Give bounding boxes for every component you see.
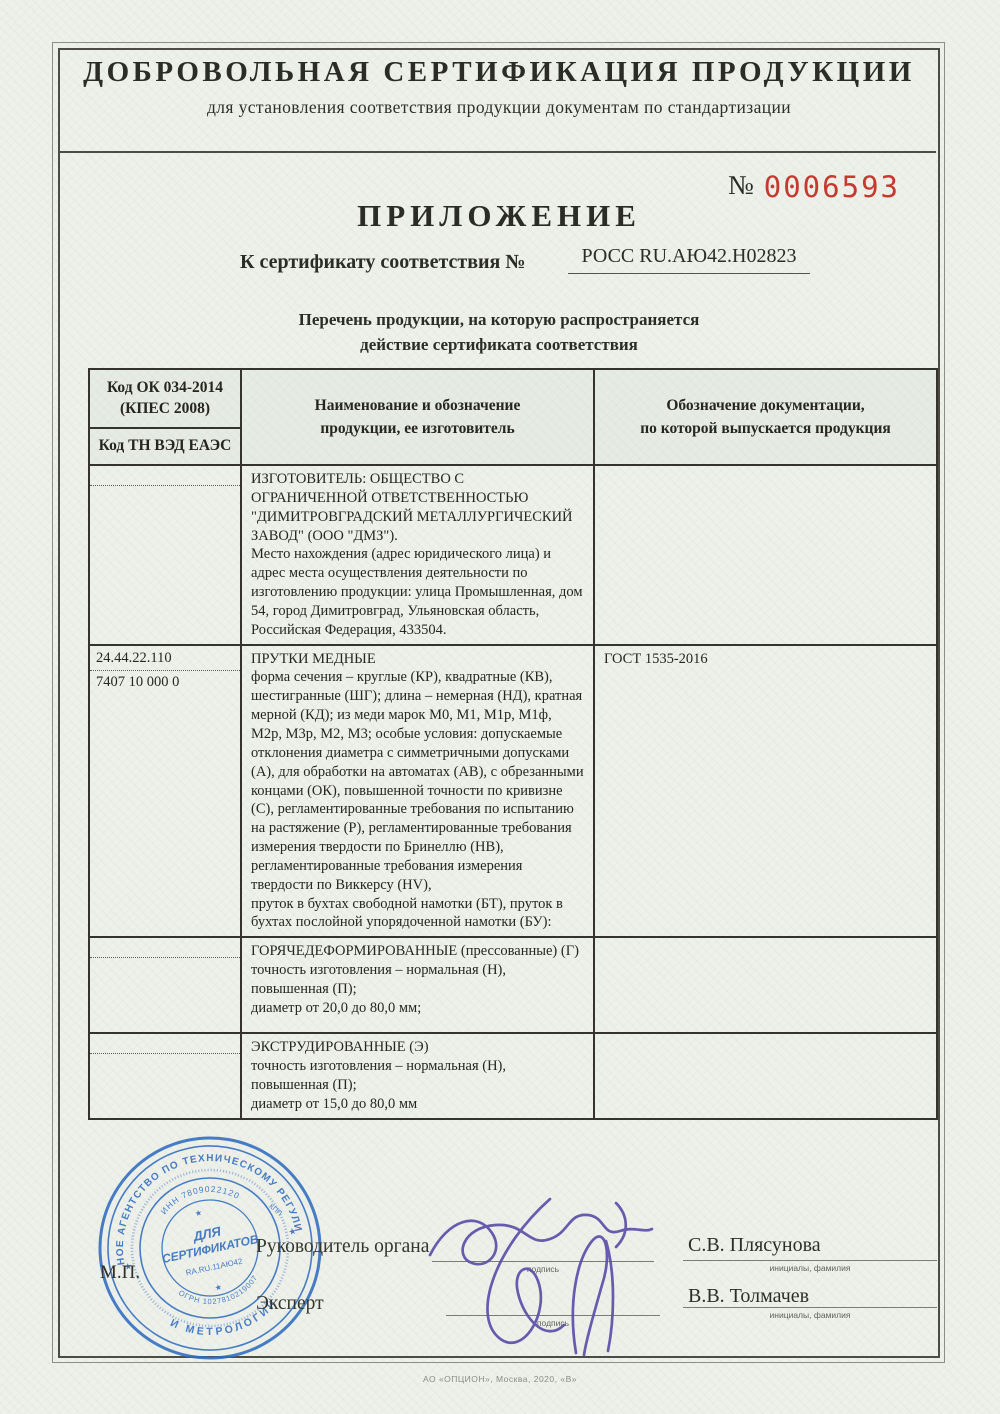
header-code-tnved: Код ТН ВЭД ЕАЭС xyxy=(90,429,240,464)
doc-gost: ГОСТ 1535-2016 xyxy=(594,645,937,938)
product-list-heading: Перечень продукции, на которую распростр… xyxy=(60,308,938,357)
stamp-ogrn-text: ОГРН 1027810219007 xyxy=(176,1272,264,1314)
manufacturer-text: ИЗГОТОВИТЕЛЬ: ОБЩЕСТВО С ОГРАНИЧЕННОЙ ОТ… xyxy=(251,470,584,640)
role-expert: Эксперт xyxy=(256,1293,324,1315)
variant-text: точность изготовления – нормальная (Н), … xyxy=(251,961,584,1018)
dotted-separator xyxy=(90,485,240,486)
code-cell xyxy=(89,1033,241,1118)
role-head-of-body: Руководитель органа xyxy=(256,1236,429,1258)
header-product-label: Наименование и обозначение продукции, ее… xyxy=(242,394,593,441)
name-caption: инициалы, фамилия xyxy=(683,1263,937,1273)
product-table: Код ОК 034-2014 (КПЕС 2008) Код ТН ВЭД Е… xyxy=(88,368,938,1120)
dotted-separator xyxy=(90,1053,240,1054)
dotted-separator xyxy=(90,670,240,671)
dotted-separator xyxy=(90,957,240,958)
header-code-ok: Код ОК 034-2014 (КПЕС 2008) xyxy=(90,370,240,429)
signatory-name: С.В. Плясунова xyxy=(688,1234,821,1257)
table-row-hot-deformed: ГОРЯЧЕДЕФОРМИРОВАННЫЕ (прессованные) (Г)… xyxy=(89,937,937,1033)
variant-title: ГОРЯЧЕДЕФОРМИРОВАННЫЕ (прессованные) (Г) xyxy=(251,942,584,961)
table-row-product: 24.44.22.110 7407 10 000 0 ПРУТКИ МЕДНЫЕ… xyxy=(89,645,937,938)
code-spacer xyxy=(96,1037,234,1050)
program-subtitle: для установления соответствия продукции … xyxy=(60,97,938,118)
star-icon: ★ xyxy=(194,1208,203,1218)
code-okpd: 24.44.22.110 xyxy=(96,649,234,668)
name-line xyxy=(683,1260,937,1261)
number-sign: № xyxy=(728,170,754,200)
code-cell xyxy=(89,465,241,645)
table-row-extruded: ЭКСТРУДИРОВАННЫЕ (Э) точность изготовлен… xyxy=(89,1033,937,1118)
appendix-title: ПРИЛОЖЕНИЕ xyxy=(60,198,938,234)
signature-scribble-icon xyxy=(400,1185,700,1375)
doc-cell xyxy=(594,465,937,645)
certificate-appendix-page: ДОБРОВОЛЬНАЯ СЕРТИФИКАЦИЯ ПРОДУКЦИИ для … xyxy=(0,0,1000,1414)
header-product-cell: Наименование и обозначение продукции, ее… xyxy=(241,369,594,465)
stamp-center-line3: RA.RU.11АЮ42 xyxy=(185,1257,244,1278)
header-docs-cell: Обозначение документации, по которой вып… xyxy=(594,369,937,465)
doc-cell xyxy=(594,937,937,1033)
cert-ref-label: К сертификату соответствия № xyxy=(240,251,525,274)
manufacturer-cell: ИЗГОТОВИТЕЛЬ: ОБЩЕСТВО С ОГРАНИЧЕННОЙ ОТ… xyxy=(241,465,594,645)
variant-title: ЭКСТРУДИРОВАННЫЕ (Э) xyxy=(251,1038,584,1057)
name-line xyxy=(683,1307,937,1308)
cert-ref-number: РОСС RU.АЮ42.Н02823 xyxy=(568,245,810,274)
product-text: форма сечения – круглые (КР), квадратные… xyxy=(251,668,584,932)
variant-cell: ГОРЯЧЕДЕФОРМИРОВАННЫЕ (прессованные) (Г)… xyxy=(241,937,594,1033)
header-divider xyxy=(60,151,936,153)
code-cell: 24.44.22.110 7407 10 000 0 xyxy=(89,645,241,938)
svg-text:ОГРН 1027810219007: ОГРН 1027810219007 xyxy=(176,1272,264,1314)
table-header-row: Код ОК 034-2014 (КПЕС 2008) Код ТН ВЭД Е… xyxy=(89,369,937,465)
product-cell: ПРУТКИ МЕДНЫЕ форма сечения – круглые (К… xyxy=(241,645,594,938)
header-docs-label: Обозначение документации, по которой вып… xyxy=(595,394,936,441)
mp-seal-place-label: М.П. xyxy=(100,1262,140,1284)
table-row-manufacturer: ИЗГОТОВИТЕЛЬ: ОБЩЕСТВО С ОГРАНИЧЕННОЙ ОТ… xyxy=(89,465,937,645)
doc-cell xyxy=(594,1033,937,1118)
product-title: ПРУТКИ МЕДНЫЕ xyxy=(251,650,584,669)
name-caption: инициалы, фамилия xyxy=(683,1310,937,1320)
program-title: ДОБРОВОЛЬНАЯ СЕРТИФИКАЦИЯ ПРОДУКЦИИ xyxy=(60,56,938,89)
code-cell xyxy=(89,937,241,1033)
code-spacer xyxy=(96,469,234,482)
star-icon: ★ xyxy=(214,1282,223,1292)
signatory-name: В.В. Толмачев xyxy=(688,1285,809,1308)
handwritten-signatures xyxy=(400,1185,700,1375)
header-code-cell: Код ОК 034-2014 (КПЕС 2008) Код ТН ВЭД Е… xyxy=(89,369,241,465)
code-tnved: 7407 10 000 0 xyxy=(96,673,234,692)
variant-cell: ЭКСТРУДИРОВАННЫЕ (Э) точность изготовлен… xyxy=(241,1033,594,1118)
code-spacer xyxy=(96,941,234,954)
